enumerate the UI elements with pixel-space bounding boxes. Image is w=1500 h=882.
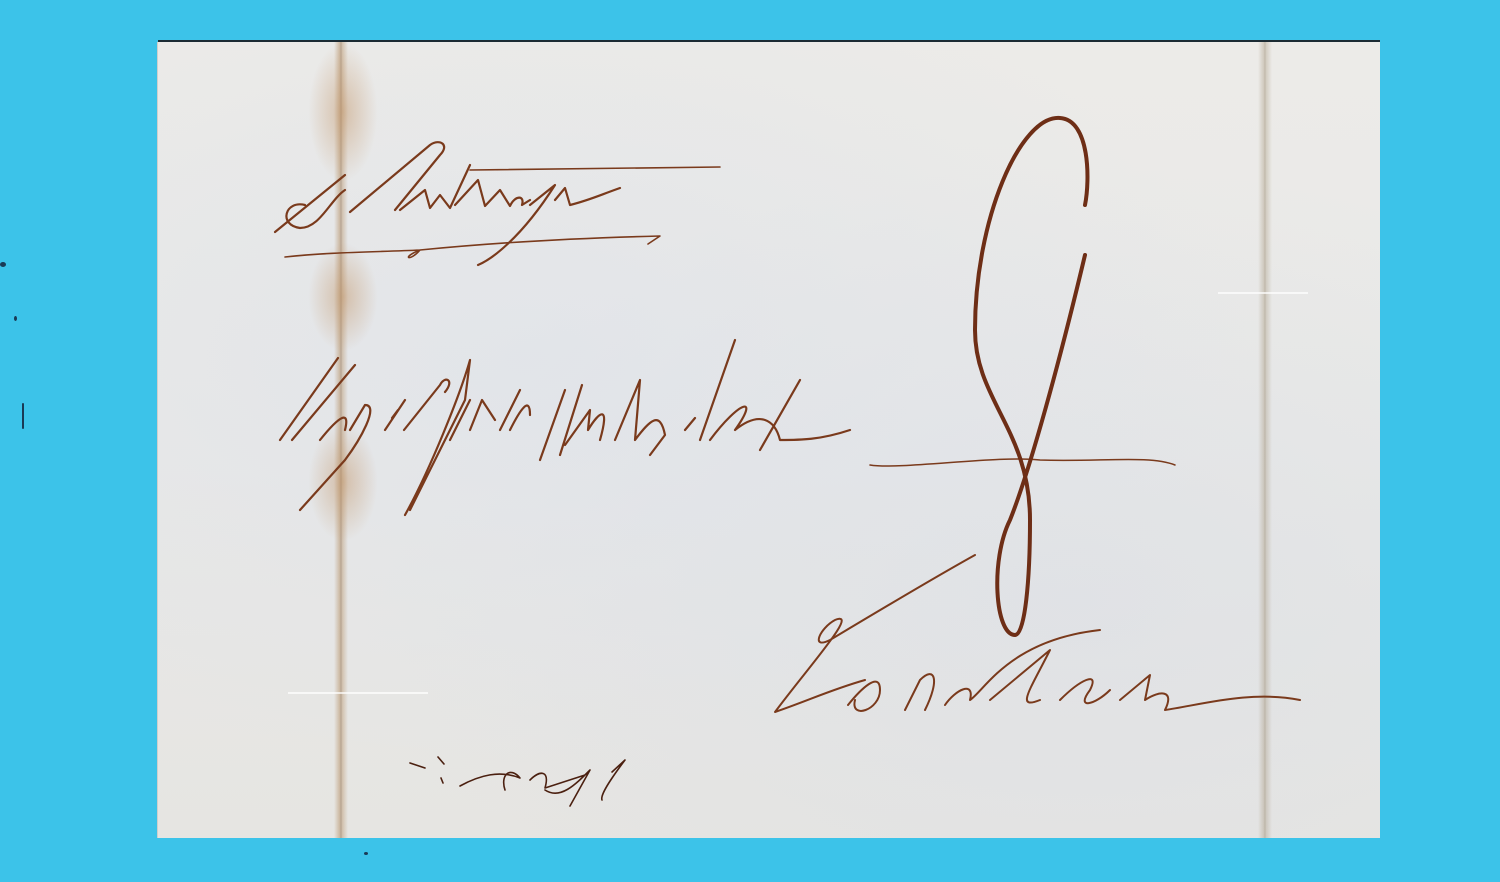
city-london [775,555,1300,712]
docket-inscription [410,757,625,806]
handwriting-layer [0,0,1500,882]
rate-mark-8 [975,118,1087,635]
ship-name-antelope [275,142,720,265]
